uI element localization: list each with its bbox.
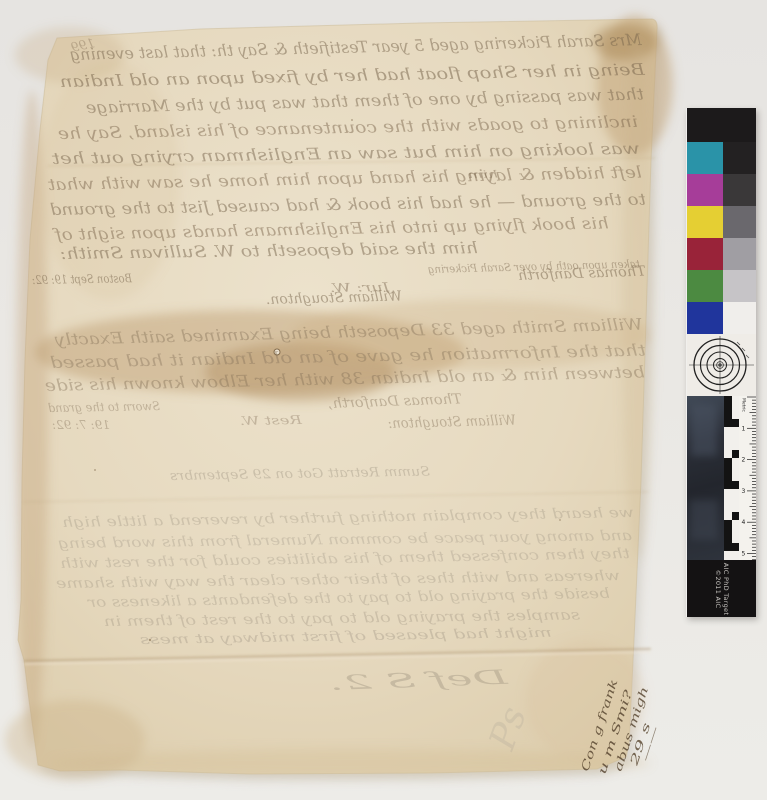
ruler-cm-number: 2 [742,457,746,464]
target-ruler-section: Metric 12345 [687,396,756,560]
gray-patch-5 [723,270,756,302]
gray-patch-3 [723,206,756,238]
ruler-cm-number: 4 [742,519,746,526]
target-black-header [687,108,756,142]
target-patch-row [687,206,756,238]
target-credit-band: AIC PhD Target ©2011 AIC [687,560,756,617]
color-patch-yellow [687,206,723,238]
color-patch-cyan [687,142,723,174]
focus-target-rings [687,334,756,396]
manuscript-line: Boston Sept 19: 92: [32,271,133,287]
target-patch-row [687,142,756,174]
target-name-label: AIC PhD Target [722,562,730,614]
ruler-ticks: Metric 12345 [739,396,756,560]
ruler-cm-number: 5 [742,551,746,558]
color-patch-magenta [687,174,723,206]
target-degree-marks [737,342,749,358]
manuscript-page: 199Mrs Sarah Pickering aged 5 year Testi… [0,0,767,800]
target-patch-row [687,270,756,302]
ruler-cm-number: 1 [742,425,746,432]
manuscript-line: William Stoughton: [388,413,516,432]
color-patch-blue [687,302,723,334]
target-patch-row [687,302,756,334]
focus-target [687,334,756,396]
gray-patch-2 [723,174,756,206]
metric-ruler: Metric 12345 [739,396,756,560]
manuscript-line: Rest W. [240,413,304,428]
manuscript-line: 19: 7: 92: [52,418,110,432]
manuscript-line: Sworn to the grand [48,399,161,415]
gray-patch-4 [723,238,756,270]
target-patch-row [687,174,756,206]
photograph-of-manuscript: 199Mrs Sarah Pickering aged 5 year Testi… [0,0,767,800]
gray-patch-6 [723,302,756,334]
ruler-unit-label: Metric [741,398,747,413]
target-patch-row [687,238,756,270]
gray-patch-1 [723,142,756,174]
checker-scale [724,396,739,560]
color-patch-red [687,238,723,270]
color-calibration-target: Metric 12345 AIC PhD Target ©2011 AIC [686,108,756,617]
target-copyright-label: ©2011 AIC [714,562,722,614]
target-patch-rows [687,142,756,334]
gloss-reference-strip [687,396,724,560]
color-patch-green [687,270,723,302]
ruler-cm-number: 3 [742,488,746,495]
